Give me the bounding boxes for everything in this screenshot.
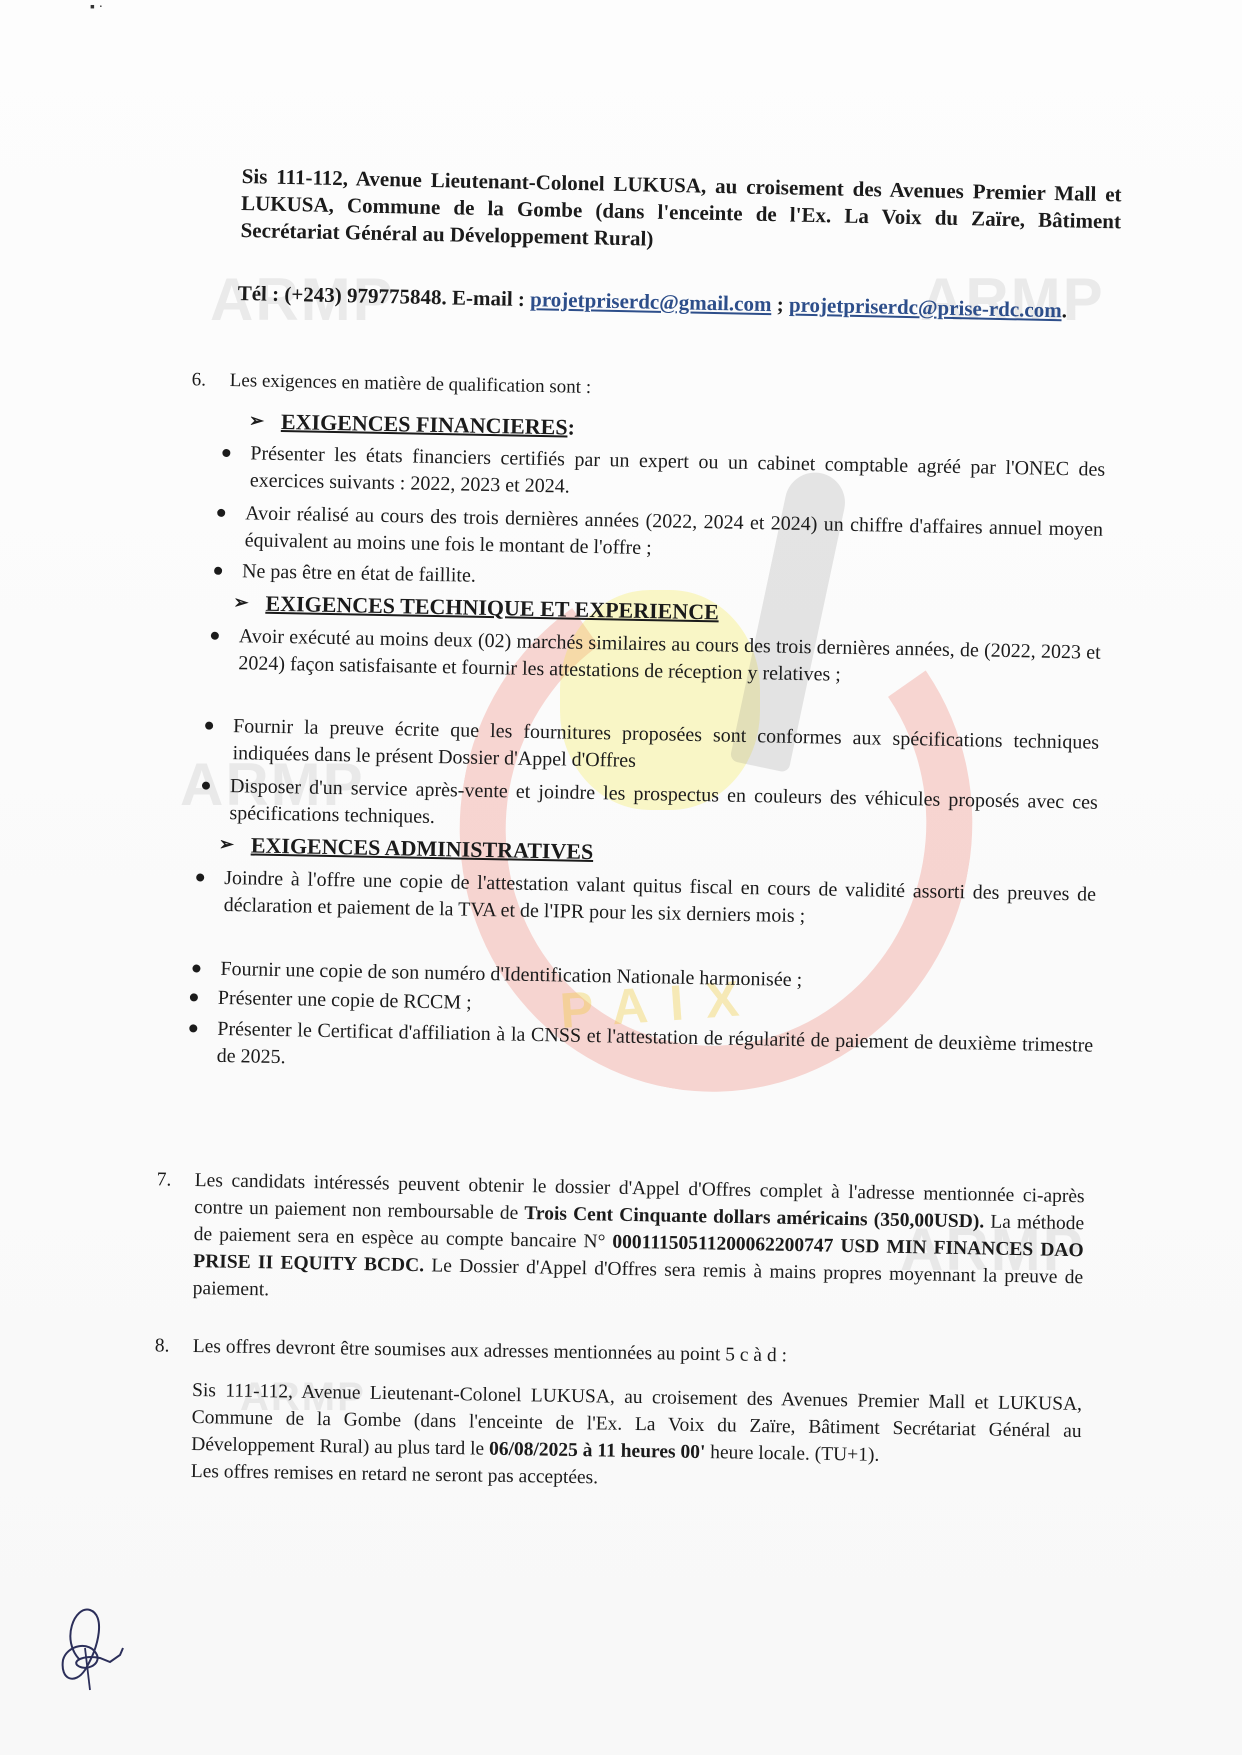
heading-administratives: ➢EXIGENCES ADMINISTRATIVES [251, 832, 594, 865]
heading-text: EXIGENCES FINANCIERES [281, 409, 568, 439]
section-number: 7. [157, 1166, 172, 1193]
section-8-intro: 8. Les offres devront être soumises aux … [193, 1333, 1083, 1374]
document-page: ARMP ARMP ARMP ARMP ARMP PAIX Sis 111-11… [0, 0, 1242, 1755]
section-number: 6. [192, 367, 207, 393]
bullet-icon [196, 873, 204, 881]
heading-financieres: ➢EXIGENCES FINANCIERES : [281, 409, 575, 441]
bullet-icon [205, 722, 213, 730]
section-6: 6. Les exigences en matière de qualifica… [230, 368, 1110, 411]
arrow-bullet-icon: ➢ [233, 592, 248, 613]
section-intro: Les exigences en matière de qualificatio… [230, 370, 592, 398]
tel-label: Tél : (+243) 979775848. E-mail : [237, 281, 530, 311]
email-link-prise[interactable]: projetpriserdc@prise-rdc.com [789, 293, 1062, 323]
list-item: Présenter le Certificat d'affiliation à … [217, 1016, 1094, 1087]
timezone-text: heure locale. (TU+1). [705, 1442, 879, 1466]
item-text: Présenter les états financiers certifiés… [250, 442, 1106, 497]
submission-address: Sis 111-112, Avenue Lieutenant-Colonel L… [191, 1377, 1083, 1499]
scan-artifact-icon: ▪ · [90, 0, 103, 16]
bullet-icon [190, 993, 198, 1001]
arrow-bullet-icon: ➢ [249, 410, 264, 431]
header-address: Sis 111-112, Avenue Lieutenant-Colonel L… [240, 163, 1122, 262]
closing-text: Les offres remises en retard ne seront p… [191, 1461, 599, 1488]
deadline: 06/08/2025 à 11 heures 00' [489, 1439, 706, 1463]
list-item: Présenter les états financiers certifiés… [250, 440, 1106, 510]
bullet-icon [192, 964, 200, 972]
bullet-icon [211, 632, 219, 640]
item-text: Ne pas être en état de faillite. [242, 560, 476, 586]
list-item: Avoir exécuté au moins deux (02) marchés… [238, 623, 1101, 694]
fee-amount: Trois Cent Cinquante dollars américains … [524, 1203, 984, 1232]
section-8: 8. Les offres devront être soumises aux … [193, 1333, 1083, 1374]
section-7: 7. Les candidats intéressés peuvent obte… [193, 1167, 1085, 1318]
heading-suffix: : [567, 414, 575, 440]
heading-text: EXIGENCES ADMINISTRATIVES [251, 832, 594, 864]
bullet-icon [222, 449, 230, 457]
bullet-icon [214, 567, 222, 575]
section-intro: Les offres devront être soumises aux adr… [193, 1336, 787, 1366]
bullet-icon [202, 782, 210, 790]
list-item: Fournir la preuve écrite que les fournit… [232, 713, 1099, 784]
tail: . [1061, 298, 1067, 322]
item-text: Avoir réalisé au cours des trois dernièr… [244, 502, 1103, 559]
email-link-gmail[interactable]: projetpriserdc@gmail.com [530, 287, 772, 316]
signature-icon [45, 1600, 145, 1710]
item-text: Présenter une copie de RCCM ; [218, 987, 472, 1014]
section-number: 8. [155, 1332, 170, 1359]
contact-line: Tél : (+243) 979775848. E-mail : projetp… [237, 280, 1117, 325]
bullet-icon [189, 1024, 197, 1032]
arrow-bullet-icon: ➢ [219, 834, 234, 855]
item-text: Avoir exécuté au moins deux (02) marchés… [238, 625, 1101, 686]
bullet-icon [217, 509, 225, 517]
section-6-intro: 6. Les exigences en matière de qualifica… [230, 368, 1110, 411]
separator: ; [771, 292, 789, 316]
item-text: Fournir la preuve écrite que les fournit… [232, 715, 1099, 772]
